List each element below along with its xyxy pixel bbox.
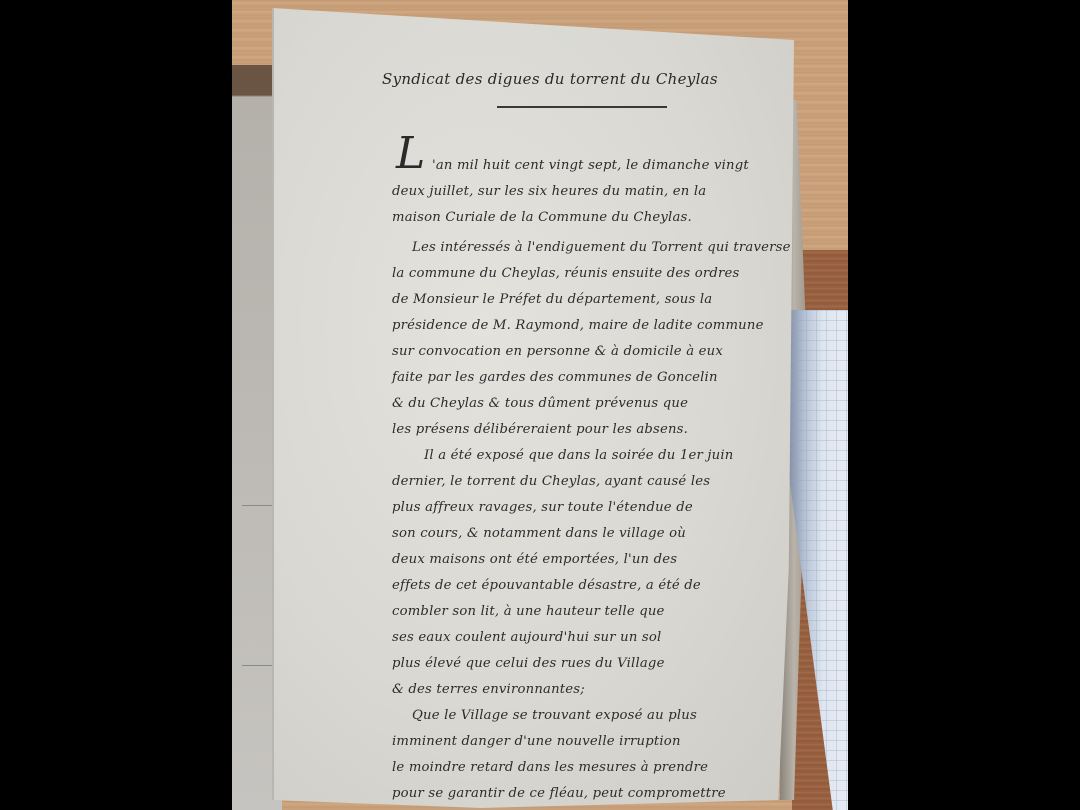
- heading-underline: [497, 106, 667, 108]
- text-line: le moindre retard dans les mesures à pre…: [392, 760, 708, 775]
- text-line: Les intéressés à l'endiguement du Torren…: [412, 240, 791, 255]
- text-line: la commune du Cheylas, réunis ensuite de…: [392, 266, 740, 281]
- text-line: plus élevé que celui des rues du Village: [392, 656, 665, 671]
- document-heading: Syndicat des digues du torrent du Cheyla…: [382, 70, 782, 88]
- text-line: effets de cet épouvantable désastre, a é…: [392, 578, 701, 593]
- text-line: ses eaux coulent aujourd'hui sur un sol: [392, 630, 661, 645]
- text-line: & du Cheylas & tous dûment prévenus que: [392, 396, 688, 411]
- text-line: les présens délibéreraient pour les abse…: [392, 422, 688, 437]
- text-line: imminent danger d'une nouvelle irruption: [392, 734, 681, 749]
- text-line: plus affreux ravages, sur toute l'étendu…: [392, 500, 693, 515]
- text-line: Il a été exposé que dans la soirée du 1e…: [424, 448, 733, 463]
- text-line: son cours, & notamment dans le village o…: [392, 526, 686, 541]
- text-line: de Monsieur le Préfet du département, so…: [392, 292, 712, 307]
- text-line: Que le Village se trouvant exposé au plu…: [412, 708, 697, 723]
- text-line: combler son lit, à une hauteur telle que: [392, 604, 665, 619]
- text-line: présidence de M. Raymond, maire de ladit…: [392, 318, 764, 333]
- text-line: deux juillet, sur les six heures du mati…: [392, 184, 706, 199]
- text-line: pour se garantir de ce fléau, peut compr…: [392, 786, 726, 801]
- text-line: dernier, le torrent du Cheylas, ayant ca…: [392, 474, 710, 489]
- drop-cap: L: [396, 132, 425, 176]
- text-line: & des terres environnantes;: [392, 682, 585, 697]
- text-line: 'an mil huit cent vingt sept, le dimanch…: [432, 158, 749, 173]
- page-fold: [272, 8, 274, 808]
- text-line: maison Curiale de la Commune du Cheylas.: [392, 210, 692, 225]
- text-line: faite par les gardes des communes de Gon…: [392, 370, 718, 385]
- text-line: sur convocation en personne & à domicile…: [392, 344, 723, 359]
- document-photo: Syndicat des digues du torrent du Cheyla…: [232, 0, 848, 810]
- text-line: deux maisons ont été emportées, l'un des: [392, 552, 677, 567]
